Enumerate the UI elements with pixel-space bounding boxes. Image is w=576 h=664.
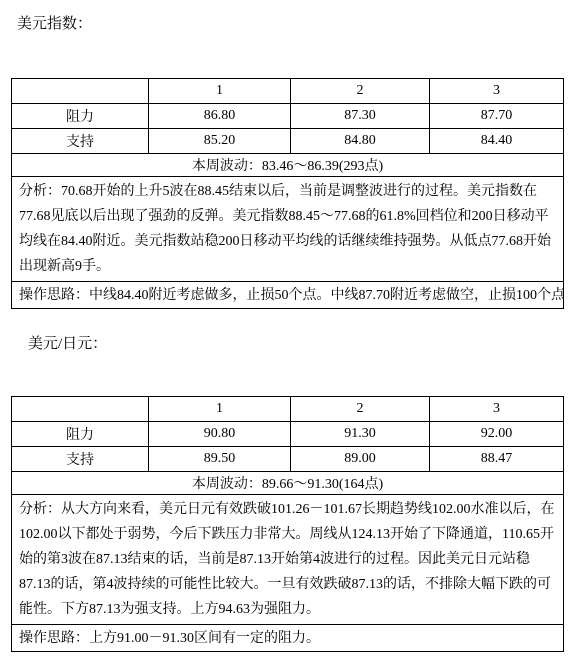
usd-jpy-strategy: 操作思路：上方91.00－91.30区间有一定的阻力。 xyxy=(12,625,564,652)
usd-index-weekly-range-row: 本周波动：83.46～86.39(293点) xyxy=(12,154,564,177)
usd-jpy-analysis-row: 分析：从大方向来看，美元日元有效跌破101.26－101.67长期趋势线102.… xyxy=(12,495,564,625)
usd-jpy-resistance-row: 阻力 90.80 91.30 92.00 xyxy=(12,422,564,447)
usd-jpy-weekly-range: 本周波动：89.66～91.30(164点) xyxy=(12,472,564,495)
usd-index-col-header-3: 3 xyxy=(430,79,564,104)
usd-jpy-support-row: 支持 89.50 89.00 88.47 xyxy=(12,447,564,472)
usd-index-resistance-label: 阻力 xyxy=(12,104,149,129)
usd-jpy-col-header-blank xyxy=(12,397,149,422)
usd-jpy-analysis-text: 从大方向来看，美元日元有效跌破101.26－101.67长期趋势线102.00水… xyxy=(19,502,555,617)
usd-jpy-weekly-range-label: 本周波动： xyxy=(192,477,262,492)
usd-index-title: 美元指数： xyxy=(17,12,92,33)
usd-jpy-analysis: 分析：从大方向来看，美元日元有效跌破101.26－101.67长期趋势线102.… xyxy=(12,495,564,625)
usd-index-analysis: 分析：70.68开始的上升5波在88.45结束以后，当前是调整波进行的过程。美元… xyxy=(12,177,564,282)
usd-index-col-header-2: 2 xyxy=(291,79,430,104)
usd-index-header-row: 1 2 3 xyxy=(12,79,564,104)
usd-index-support-label: 支持 xyxy=(12,129,149,154)
usd-jpy-support-value-3: 88.47 xyxy=(430,447,564,472)
usd-index-col-header-1: 1 xyxy=(149,79,291,104)
usd-index-support-value-3: 84.40 xyxy=(430,129,564,154)
usd-jpy-support-label: 支持 xyxy=(12,447,149,472)
usd-jpy-weekly-range-value: 89.66～91.30(164点) xyxy=(262,477,383,492)
usd-index-resistance-value-2: 87.30 xyxy=(291,104,430,129)
report-page: 美元指数： 1 2 3 阻力 86.80 87.30 87.70 支持 8 xyxy=(0,0,576,664)
usd-index-analysis-row: 分析：70.68开始的上升5波在88.45结束以后，当前是调整波进行的过程。美元… xyxy=(12,177,564,282)
usd-jpy-strategy-row: 操作思路：上方91.00－91.30区间有一定的阻力。 xyxy=(12,625,564,652)
usd-jpy-resistance-value-3: 92.00 xyxy=(430,422,564,447)
usd-index-weekly-range: 本周波动：83.46～86.39(293点) xyxy=(12,154,564,177)
usd-jpy-strategy-text: 上方91.00－91.30区间有一定的阻力。 xyxy=(89,631,320,646)
usd-index-strategy-text: 中线84.40附近考虑做多，止损50个点。中线87.70附近考虑做空，止损100… xyxy=(89,288,564,303)
usd-index-strategy: 操作思路：中线84.40附近考虑做多，止损50个点。中线87.70附近考虑做空，… xyxy=(12,282,564,309)
usd-jpy-resistance-value-2: 91.30 xyxy=(291,422,430,447)
usd-index-col-header-blank xyxy=(12,79,149,104)
usd-jpy-table: 1 2 3 阻力 90.80 91.30 92.00 支持 89.50 89.0… xyxy=(11,396,564,652)
usd-index-support-value-2: 84.80 xyxy=(291,129,430,154)
usd-jpy-resistance-value-1: 90.80 xyxy=(149,422,291,447)
usd-index-analysis-text: 70.68开始的上升5波在88.45结束以后，当前是调整波进行的过程。美元指数在… xyxy=(19,184,551,274)
usd-jpy-col-header-1: 1 xyxy=(149,397,291,422)
usd-index-support-row: 支持 85.20 84.80 84.40 xyxy=(12,129,564,154)
usd-index-strategy-label: 操作思路： xyxy=(19,288,89,303)
usd-jpy-resistance-label: 阻力 xyxy=(12,422,149,447)
usd-index-support-value-1: 85.20 xyxy=(149,129,291,154)
usd-index-analysis-label: 分析： xyxy=(19,184,61,199)
usd-jpy-col-header-2: 2 xyxy=(291,397,430,422)
usd-jpy-weekly-range-row: 本周波动：89.66～91.30(164点) xyxy=(12,472,564,495)
usd-index-table: 1 2 3 阻力 86.80 87.30 87.70 支持 85.20 84.8… xyxy=(11,78,564,309)
usd-index-resistance-value-1: 86.80 xyxy=(149,104,291,129)
usd-index-strategy-row: 操作思路：中线84.40附近考虑做多，止损50个点。中线87.70附近考虑做空，… xyxy=(12,282,564,309)
usd-index-weekly-range-label: 本周波动： xyxy=(192,159,262,174)
usd-jpy-header-row: 1 2 3 xyxy=(12,397,564,422)
usd-index-weekly-range-value: 83.46～86.39(293点) xyxy=(262,159,383,174)
usd-jpy-support-value-2: 89.00 xyxy=(291,447,430,472)
usd-index-resistance-row: 阻力 86.80 87.30 87.70 xyxy=(12,104,564,129)
usd-index-resistance-value-3: 87.70 xyxy=(430,104,564,129)
usd-jpy-col-header-3: 3 xyxy=(430,397,564,422)
usd-jpy-support-value-1: 89.50 xyxy=(149,447,291,472)
usd-jpy-strategy-label: 操作思路： xyxy=(19,631,89,646)
usd-jpy-title: 美元/日元： xyxy=(28,332,107,353)
usd-jpy-analysis-label: 分析： xyxy=(19,502,61,517)
